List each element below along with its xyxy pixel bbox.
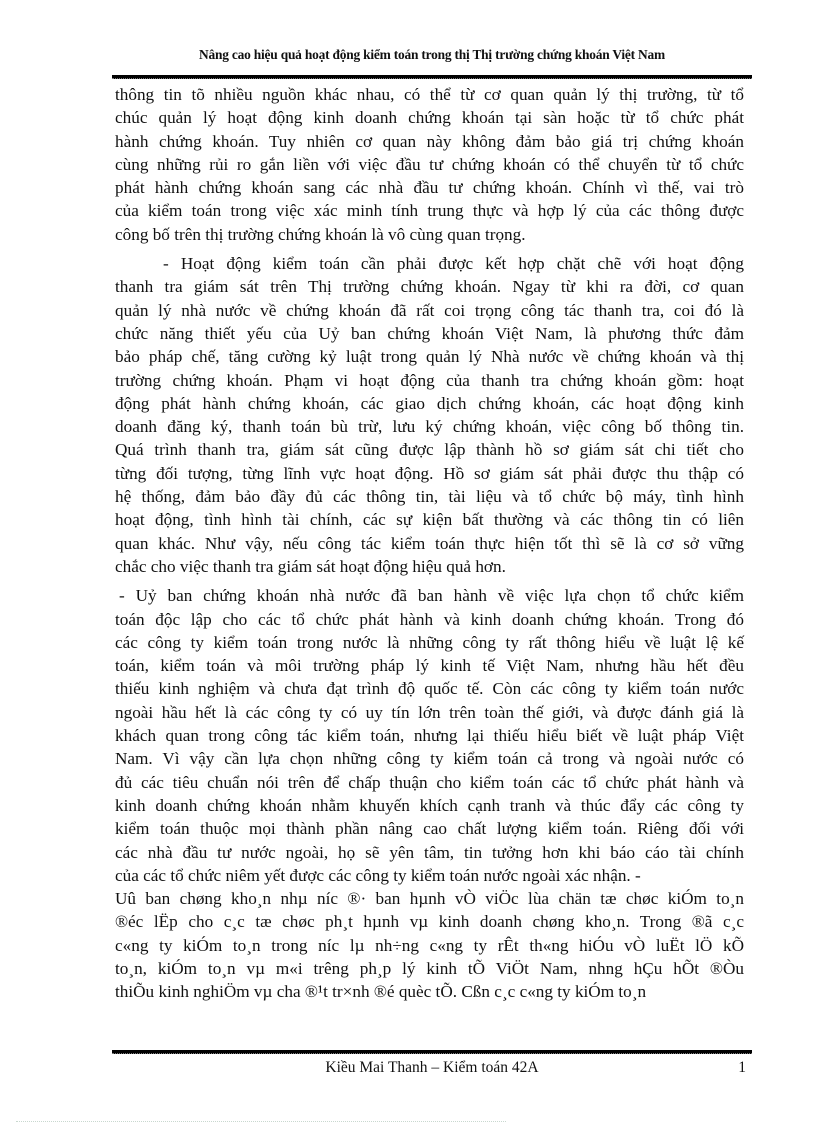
text-line: chắc cho việc thanh tra giám sát hoạt độ… <box>115 555 744 578</box>
page-edge-dots <box>16 1121 506 1122</box>
running-footer: Kiều Mai Thanh – Kiểm toán 42A <box>112 1058 752 1078</box>
text-line: doanh đăng ký, thanh toán bù trừ, lưu ký… <box>115 415 744 438</box>
text-line: thông tin tõ nhiều nguồn khác nhau, có t… <box>115 83 744 106</box>
text-line: hành chứng khoán. Tuy nhiên cơ quan này … <box>115 130 744 153</box>
paragraph-2: - Hoạt động kiểm toán cần phải được kết … <box>115 252 744 578</box>
text-line: quản lý nhà nước về chứng khoán đã rất c… <box>115 299 744 322</box>
text-line: quan khác. Như vậy, nếu công tác kiểm to… <box>115 532 744 555</box>
text-line: hoạt động, tình hình tài chính, các sự k… <box>115 508 744 531</box>
text-line: các công ty kiểm toán trong nước là nhữn… <box>115 631 744 654</box>
text-line: ngoài hầu hết là các công ty có uy tín l… <box>115 701 744 724</box>
body-text: thông tin tõ nhiều nguồn khác nhau, có t… <box>115 83 744 1004</box>
text-line: toán, kiểm toán và môi trường pháp lý ki… <box>115 654 744 677</box>
text-line: thiÕu kinh nghiÖm vµ ch­a ®¹t tr×nh ®é q… <box>115 980 744 1003</box>
text-line: Nam. Vì vậy cần lựa chọn những công ty k… <box>115 747 744 770</box>
text-line: trường chứng khoán. Phạm vi hoạt động củ… <box>115 369 744 392</box>
text-line: hệ thống, đảm bảo đầy đủ các thông tin, … <box>115 485 744 508</box>
text-line: thiếu kinh nghiệm và chưa đạt trình độ q… <box>115 677 744 700</box>
document-page: Nâng cao hiệu quả hoạt động kiểm toán tr… <box>0 0 816 1123</box>
text-line: phát hành chứng khoán sang các nhà đầu t… <box>115 176 744 199</box>
text-line: thanh tra giám sát trên Thị trường chứng… <box>115 275 744 298</box>
text-line: các nhà đầu tư nước ngoài, họ sẽ yên tâm… <box>115 841 744 864</box>
text-line: của các tổ chức niêm yết được các công t… <box>115 864 744 887</box>
page-number: 1 <box>720 1058 746 1078</box>
text-line: kiểm toán thuộc mọi thành phần nâng cao … <box>115 817 744 840</box>
footer-rule <box>112 1050 752 1054</box>
text-line: chúc quản lý hoạt động kinh doanh chứng … <box>115 106 744 129</box>
text-line: toán độc lập cho các tổ chức phát hành v… <box>115 608 744 631</box>
text-line: động phát hành chứng khoán, các giao dịc… <box>115 392 744 415</box>
paragraph-1: thông tin tõ nhiều nguồn khác nhau, có t… <box>115 83 744 246</box>
text-line: Uû ban chøng kho¸n nhµ n­íc ®· ban hµnh … <box>115 887 744 910</box>
text-line: c«ng ty kiÓm to¸n trong n­íc lµ nh÷ng c«… <box>115 934 744 957</box>
text-line: bảo pháp chế, tăng cường kỷ luật trong q… <box>115 345 744 368</box>
text-line: công bố trên thị trường chứng khoán là v… <box>115 223 744 246</box>
text-line: từng đối tượng, từng lĩnh vực hoạt động.… <box>115 462 744 485</box>
text-line: chức năng thiết yếu của Uỷ ban chứng kho… <box>115 322 744 345</box>
text-line: to¸n, kiÓm to¸n vµ m«i tr­êng ph¸p lý ki… <box>115 957 744 980</box>
text-line: khách quan trong công tác kiểm toán, như… <box>115 724 744 747</box>
text-line: đủ các tiêu chuẩn nói trên để chấp thuận… <box>115 771 744 794</box>
text-line: cùng những rủi ro gắn liền với việc đầu … <box>115 153 744 176</box>
paragraph-3: - Uỷ ban chứng khoán nhà nước đã ban hàn… <box>115 584 744 887</box>
text-line: - Uỷ ban chứng khoán nhà nước đã ban hàn… <box>115 584 744 607</box>
text-line: ®éc lËp cho c¸c tæ chøc ph¸t hµnh vµ kin… <box>115 910 744 933</box>
running-header: Nâng cao hiệu quả hoạt động kiểm toán tr… <box>112 46 752 64</box>
text-line: của kiểm toán trong việc xác minh tính t… <box>115 199 744 222</box>
text-line: - Hoạt động kiểm toán cần phải được kết … <box>115 252 744 275</box>
text-line: kinh doanh chứng khoán nhằm khuyến khích… <box>115 794 744 817</box>
text-line: Quá trình thanh tra, giám sát cũng được … <box>115 438 744 461</box>
paragraph-garbled-encoding: Uû ban chøng kho¸n nhµ n­íc ®· ban hµnh … <box>115 887 744 1003</box>
header-rule <box>112 75 752 79</box>
